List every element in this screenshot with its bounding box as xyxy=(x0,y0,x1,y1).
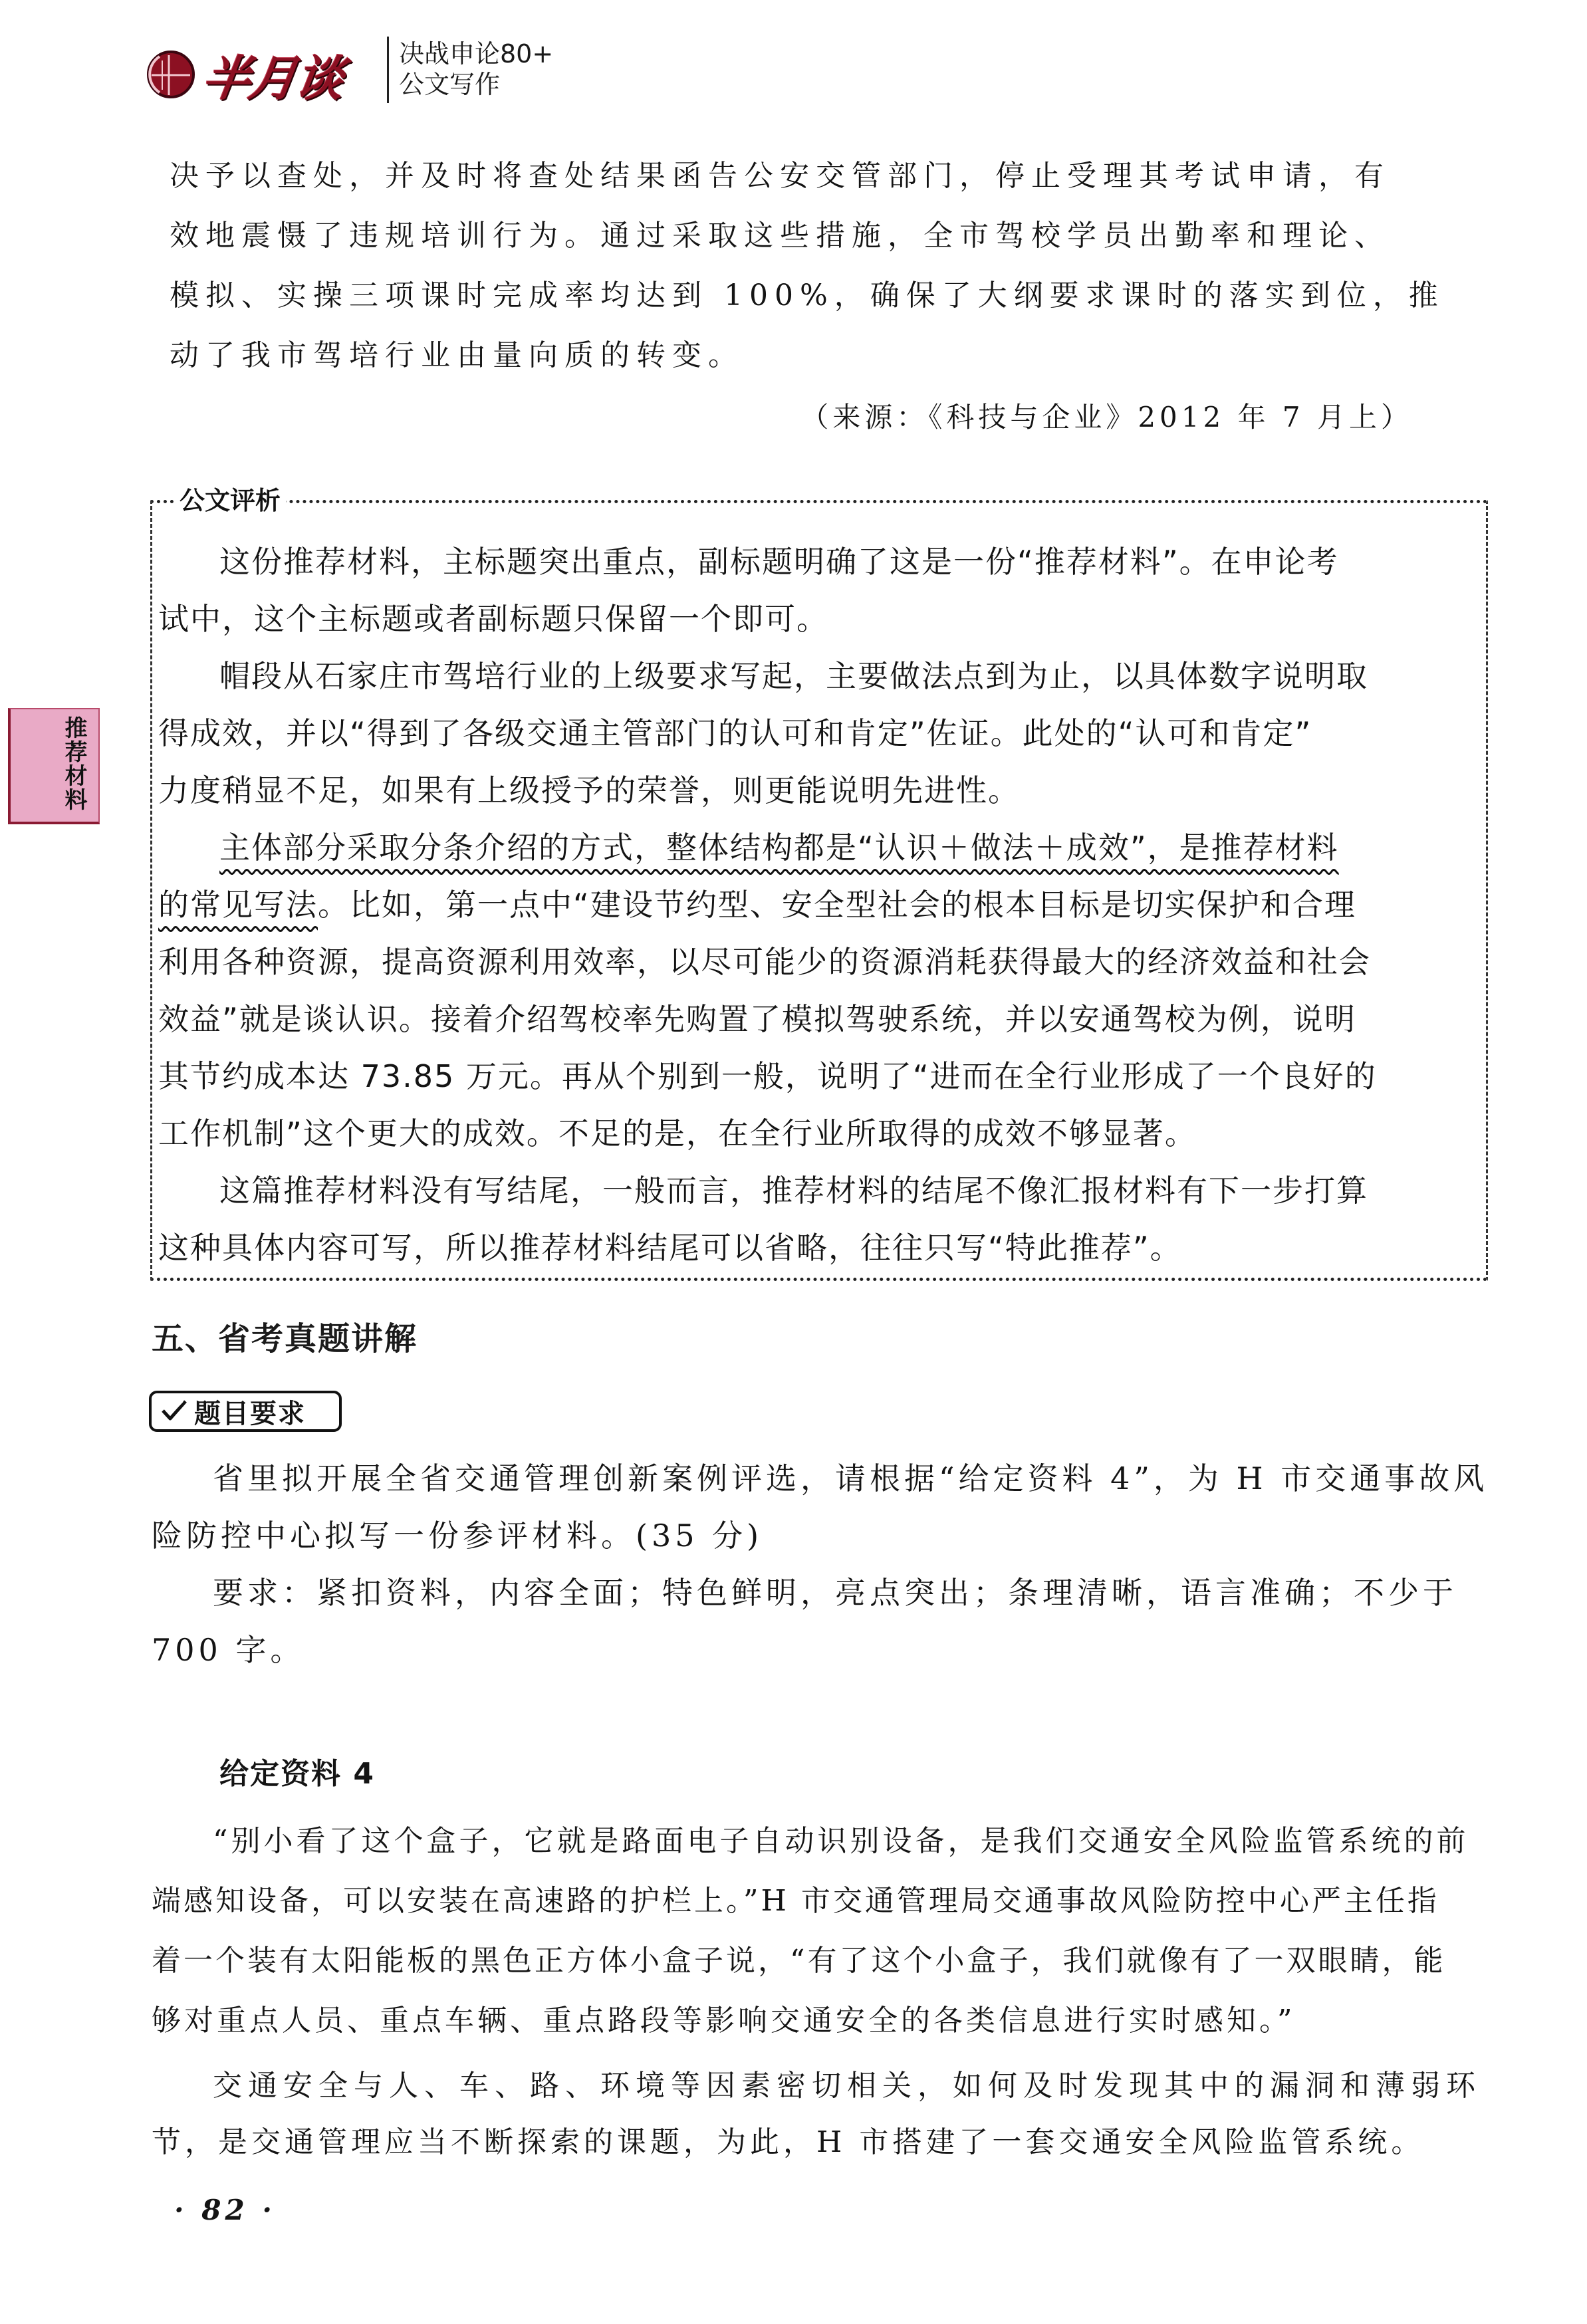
brand-name: 半月谈 xyxy=(199,40,348,109)
badge-label: 题目要求 xyxy=(194,1393,306,1431)
question-line: 险防控中心拟写一份参评材料。(35 分) xyxy=(152,1512,763,1556)
wavy-underlined-text: 的常见写法 xyxy=(158,887,318,923)
intro-line: 模拟、实操三项课时完成率均达到 100%，确保了大纲要求课时的落实到位，推 xyxy=(170,271,1445,314)
intro-line: 动了我市驾培行业由量向质的转变。 xyxy=(170,331,744,374)
material-line: 端感知设备，可以安装在高速路的护栏上。”H 市交通管理局交通事故风险防控中心严主… xyxy=(152,1877,1439,1919)
book-title-line1: 决战申论80+ xyxy=(399,39,553,69)
page-number: · 82 · xyxy=(174,2194,276,2226)
review-label: 公文评析 xyxy=(174,480,286,517)
globe-logo-icon xyxy=(145,49,197,100)
material-line: 交通安全与人、车、路、环境等因素密切相关，如何及时发现其中的漏洞和薄弱环 xyxy=(213,2061,1481,2104)
header-divider xyxy=(387,37,389,103)
review-text: 。比如，第一点中“建设节约型、安全型社会的根本目标是切实保护和合理 xyxy=(318,887,1356,923)
side-tab-recommendation: 推荐材料 xyxy=(8,708,100,824)
review-line: 的常见写法。比如，第一点中“建设节约型、安全型社会的根本目标是切实保护和合理 xyxy=(158,876,1481,933)
review-line: 主体部分采取分条介绍的方式，整体结构都是“认识＋做法＋成效”，是推荐材料 xyxy=(158,819,1542,876)
review-line: 其节约成本达 73.85 万元。再从个别到一般，说明了“进而在全行业形成了一个良… xyxy=(158,1048,1481,1105)
brand-logo: 半月谈 xyxy=(145,44,374,105)
question-line: 省里拟开展全省交通管理创新案例评选，请根据“给定资料 4”，为 H 市交通事故风 xyxy=(213,1454,1488,1498)
review-line: 力度稍显不足，如果有上级授予的荣誉，则更能说明先进性。 xyxy=(158,762,1481,819)
material-title: 给定资料 4 xyxy=(219,1750,375,1792)
review-line: 效益”就是谈认识。接着介绍驾校率先购置了模拟驾驶系统，并以安通驾校为例，说明 xyxy=(158,990,1481,1048)
review-line: 得成效，并以“得到了各级交通主管部门的认可和肯定”佐证。此处的“认可和肯定” xyxy=(158,705,1481,762)
question-line: 700 字。 xyxy=(152,1626,305,1670)
intro-line: 决予以查处，并及时将查处结果函告公安交管部门，停止受理其考试申请，有 xyxy=(170,152,1390,194)
material-line: 够对重点人员、重点车辆、重点路段等影响交通安全的各类信息进行实时感知。” xyxy=(152,1996,1296,2039)
review-line: 试中，这个主标题或者副标题只保留一个即可。 xyxy=(158,590,1481,647)
review-line: 利用各种资源，提高资源利用效率，以尽可能少的资源消耗获得最大的经济效益和社会 xyxy=(158,933,1481,990)
side-tab-label: 推荐材料 xyxy=(60,716,86,812)
review-line: 这种具体内容可写，所以推荐材料结尾可以省略，往往只写“特此推荐”。 xyxy=(158,1219,1481,1276)
intro-line: 效地震慑了违规培训行为。通过采取这些措施，全市驾校学员出勤率和理论、 xyxy=(170,211,1390,254)
source-citation: （来源：《科技与企业》2012 年 7 月上） xyxy=(800,396,1413,435)
material-line: 节，是交通管理应当不断探索的课题，为此，H 市搭建了一套交通安全风险监管系统。 xyxy=(152,2118,1424,2160)
book-subtitle: 决战申论80+ 公文写作 xyxy=(399,39,553,100)
review-line: 这篇推荐材料没有写结尾，一般而言，推荐材料的结尾不像汇报材料有下一步打算 xyxy=(158,1162,1542,1219)
section-heading: 五、省考真题讲解 xyxy=(152,1313,418,1359)
question-line: 要求：紧扣资料，内容全面；特色鲜明，亮点突出；条理清晰，语言准确；不少于 xyxy=(213,1569,1457,1613)
book-title-line2: 公文写作 xyxy=(399,69,553,100)
material-line: “别小看了这个盒子，它就是路面电子自动识别设备，是我们交通安全风险监管系统的前 xyxy=(213,1817,1469,1859)
question-requirement-badge: 题目要求 xyxy=(149,1391,342,1432)
review-line: 工作机制”这个更大的成效。不足的是，在全行业所取得的成效不够显著。 xyxy=(158,1105,1481,1162)
check-icon xyxy=(161,1399,187,1424)
material-line: 着一个装有太阳能板的黑色正方体小盒子说，“有了这个小盒子，我们就像有了一双眼睛，… xyxy=(152,1936,1446,1979)
review-line: 帽段从石家庄市驾培行业的上级要求写起，主要做法点到为止，以具体数字说明取 xyxy=(158,647,1542,705)
wavy-underlined-text: 主体部分采取分条介绍的方式，整体结构都是“认识＋做法＋成效”，是推荐材料 xyxy=(219,830,1339,866)
review-line: 这份推荐材料，主标题突出重点，副标题明确了这是一份“推荐材料”。在申论考 xyxy=(158,533,1542,590)
